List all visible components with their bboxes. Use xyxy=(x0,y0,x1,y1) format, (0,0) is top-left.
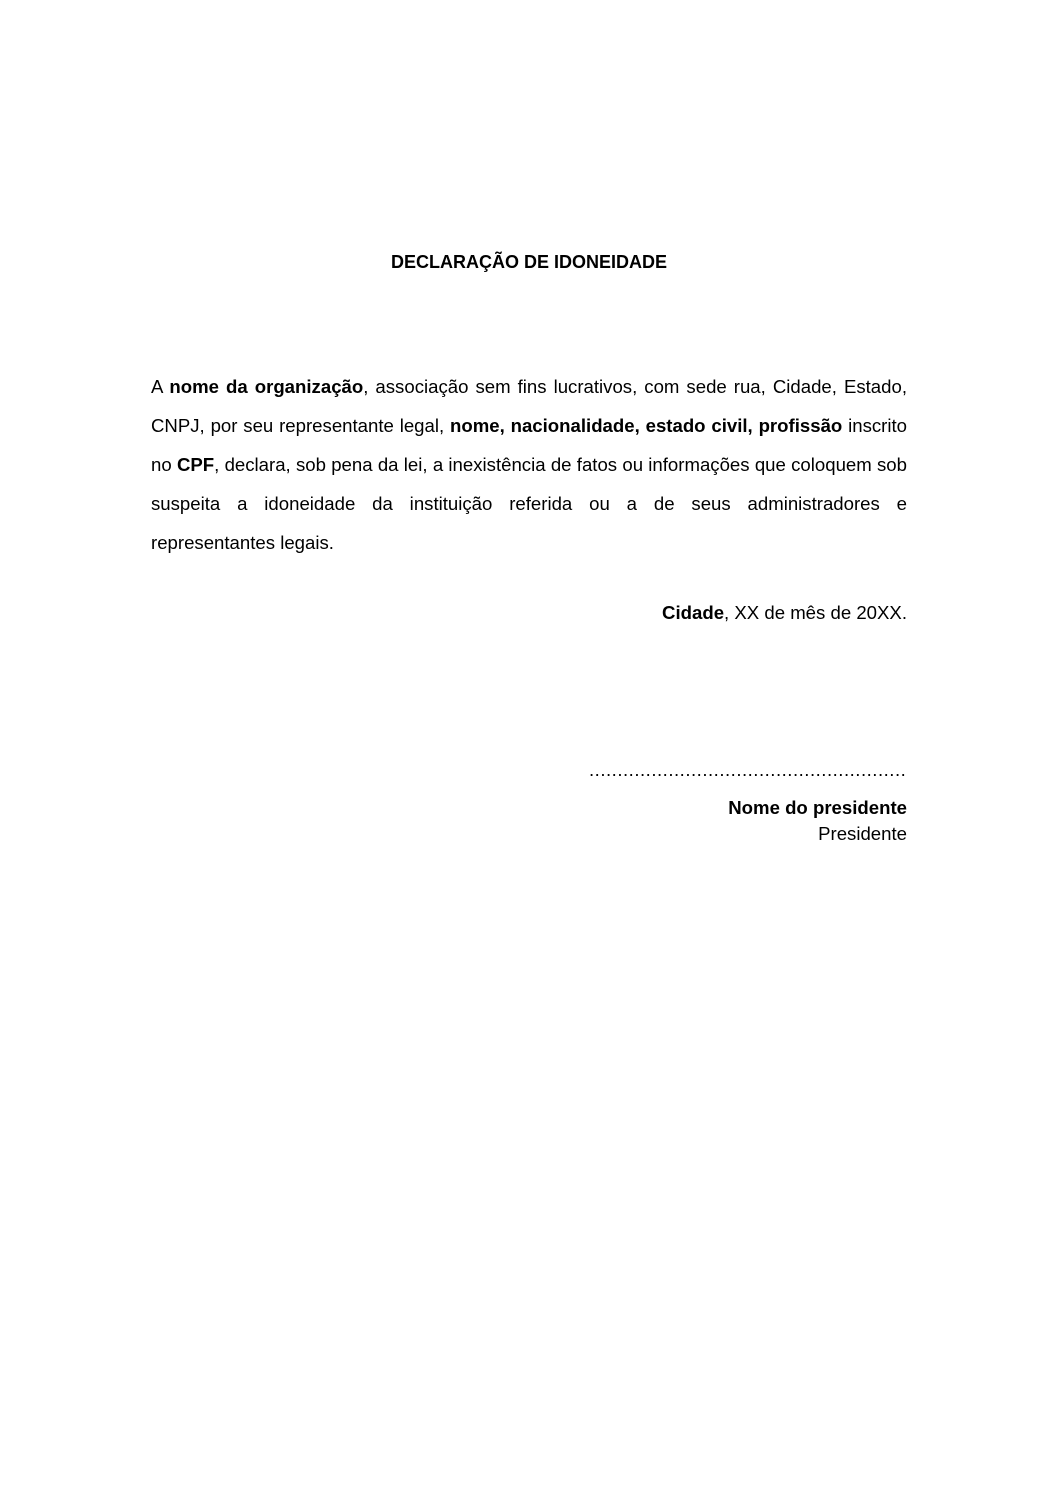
paragraph-segment: , declara, sob pena da lei, a inexistênc… xyxy=(151,454,907,553)
organization-name-placeholder: nome da organização xyxy=(169,376,363,397)
city-placeholder: Cidade xyxy=(662,602,724,623)
paragraph-segment: A xyxy=(151,376,169,397)
signer-name: Nome do presidente xyxy=(728,795,907,821)
document-title: DECLARAÇÃO DE IDONEIDADE xyxy=(0,250,1058,274)
representative-details-placeholder: nome, nacionalidade, estado civil, profi… xyxy=(450,415,842,436)
cpf-placeholder: CPF xyxy=(177,454,214,475)
declaration-paragraph: A nome da organização, associação sem fi… xyxy=(151,367,907,562)
signature-line: ........................................… xyxy=(589,757,907,783)
document-page: DECLARAÇÃO DE IDONEIDADE A nome da organ… xyxy=(0,0,1058,1497)
date-text: , XX de mês de 20XX. xyxy=(724,602,907,623)
date-line: Cidade, XX de mês de 20XX. xyxy=(662,600,907,626)
signer-role: Presidente xyxy=(818,821,907,847)
